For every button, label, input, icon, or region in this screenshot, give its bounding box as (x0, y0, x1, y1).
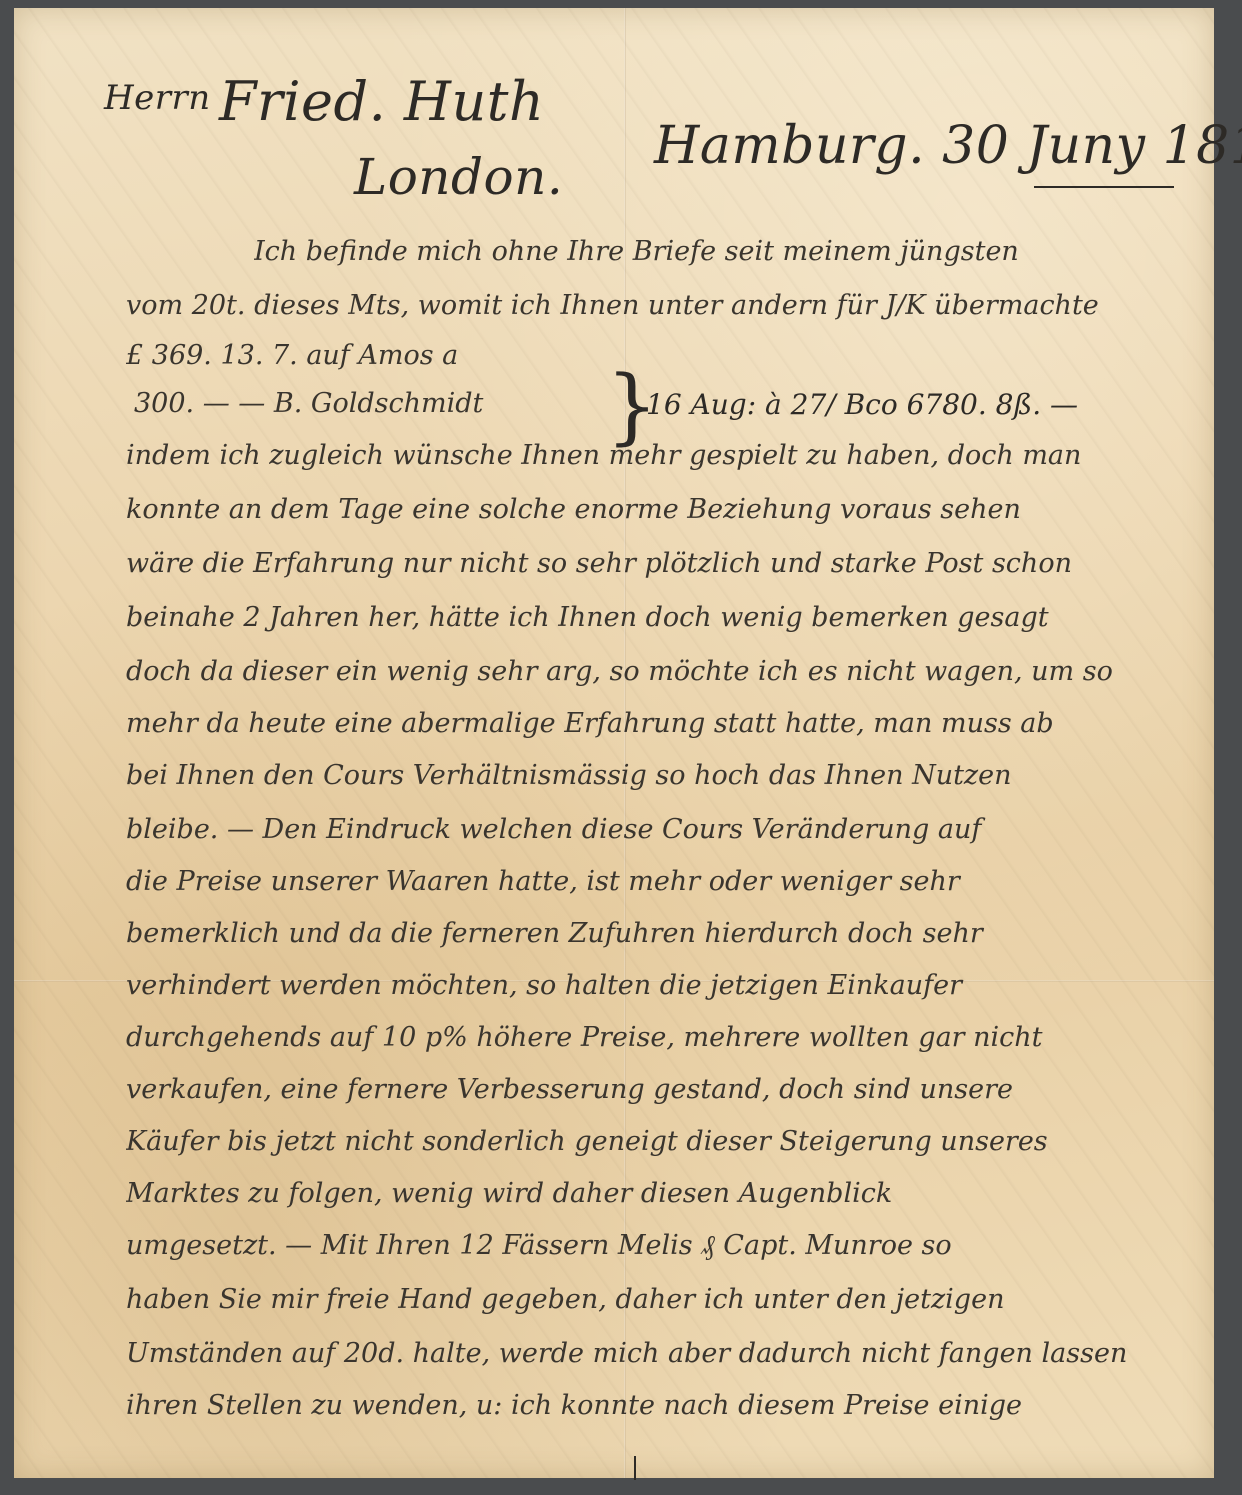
letter-page: Herrn Fried. Huth London. Hamburg. 30 Ju… (14, 8, 1214, 1478)
bill-terms: 16 Aug: à 27/ Bco 6780. 8ß. — (646, 388, 1078, 421)
body-line: mehr da heute eine abermalige Erfahrung … (126, 708, 1216, 739)
body-line: Käufer bis jetzt nicht sonderlich geneig… (126, 1126, 1216, 1157)
salutation: Herrn (104, 78, 211, 118)
body-line: bei Ihnen den Cours Verhältnismässig so … (126, 760, 1216, 791)
body-line: beinahe 2 Jahren her, hätte ich Ihnen do… (126, 602, 1216, 633)
body-line: umgesetzt. — Mit Ihren 12 Fässern Melis … (126, 1230, 1216, 1261)
body-line: £ 369. 13. 7. auf Amos a (126, 340, 1216, 371)
recipient-city: London. (354, 148, 563, 206)
body-line: Marktes zu folgen, wenig wird daher dies… (126, 1178, 1216, 1209)
ink-mark (634, 1456, 636, 1480)
body-line: 300. — — B. Goldschmidt (134, 388, 604, 419)
body-line: verhindert werden möchten, so halten die… (126, 970, 1216, 1001)
body-line: die Preise unserer Waaren hatte, ist meh… (126, 866, 1216, 897)
body-line: verkaufen, eine fernere Verbesserung ges… (126, 1074, 1216, 1105)
body-line: bleibe. — Den Eindruck welchen diese Cou… (126, 814, 1216, 845)
body-line: Ich befinde mich ohne Ihre Briefe seit m… (254, 236, 1242, 267)
body-line: durchgehends auf 10 p% höhere Preise, me… (126, 1022, 1216, 1053)
body-line: bemerklich und da die ferneren Zufuhren … (126, 918, 1216, 949)
body-line: wäre die Erfahrung nur nicht so sehr plö… (126, 548, 1216, 579)
body-line: doch da dieser ein wenig sehr arg, so mö… (126, 656, 1216, 687)
place-and-date: Hamburg. 30 Juny 1815 (654, 116, 1242, 176)
recipient-name: Fried. Huth (219, 70, 544, 133)
date-underline (1034, 186, 1174, 188)
body-line: indem ich zugleich wünsche Ihnen mehr ge… (126, 440, 1216, 471)
body-line: Umständen auf 20d. halte, werde mich abe… (126, 1338, 1216, 1369)
body-line: haben Sie mir freie Hand gegeben, daher … (126, 1284, 1216, 1315)
body-line: ihren Stellen zu wenden, u: ich konnte n… (126, 1390, 1216, 1421)
body-line: vom 20t. dieses Mts, womit ich Ihnen unt… (126, 290, 1216, 321)
body-line: konnte an dem Tage eine solche enorme Be… (126, 494, 1216, 525)
